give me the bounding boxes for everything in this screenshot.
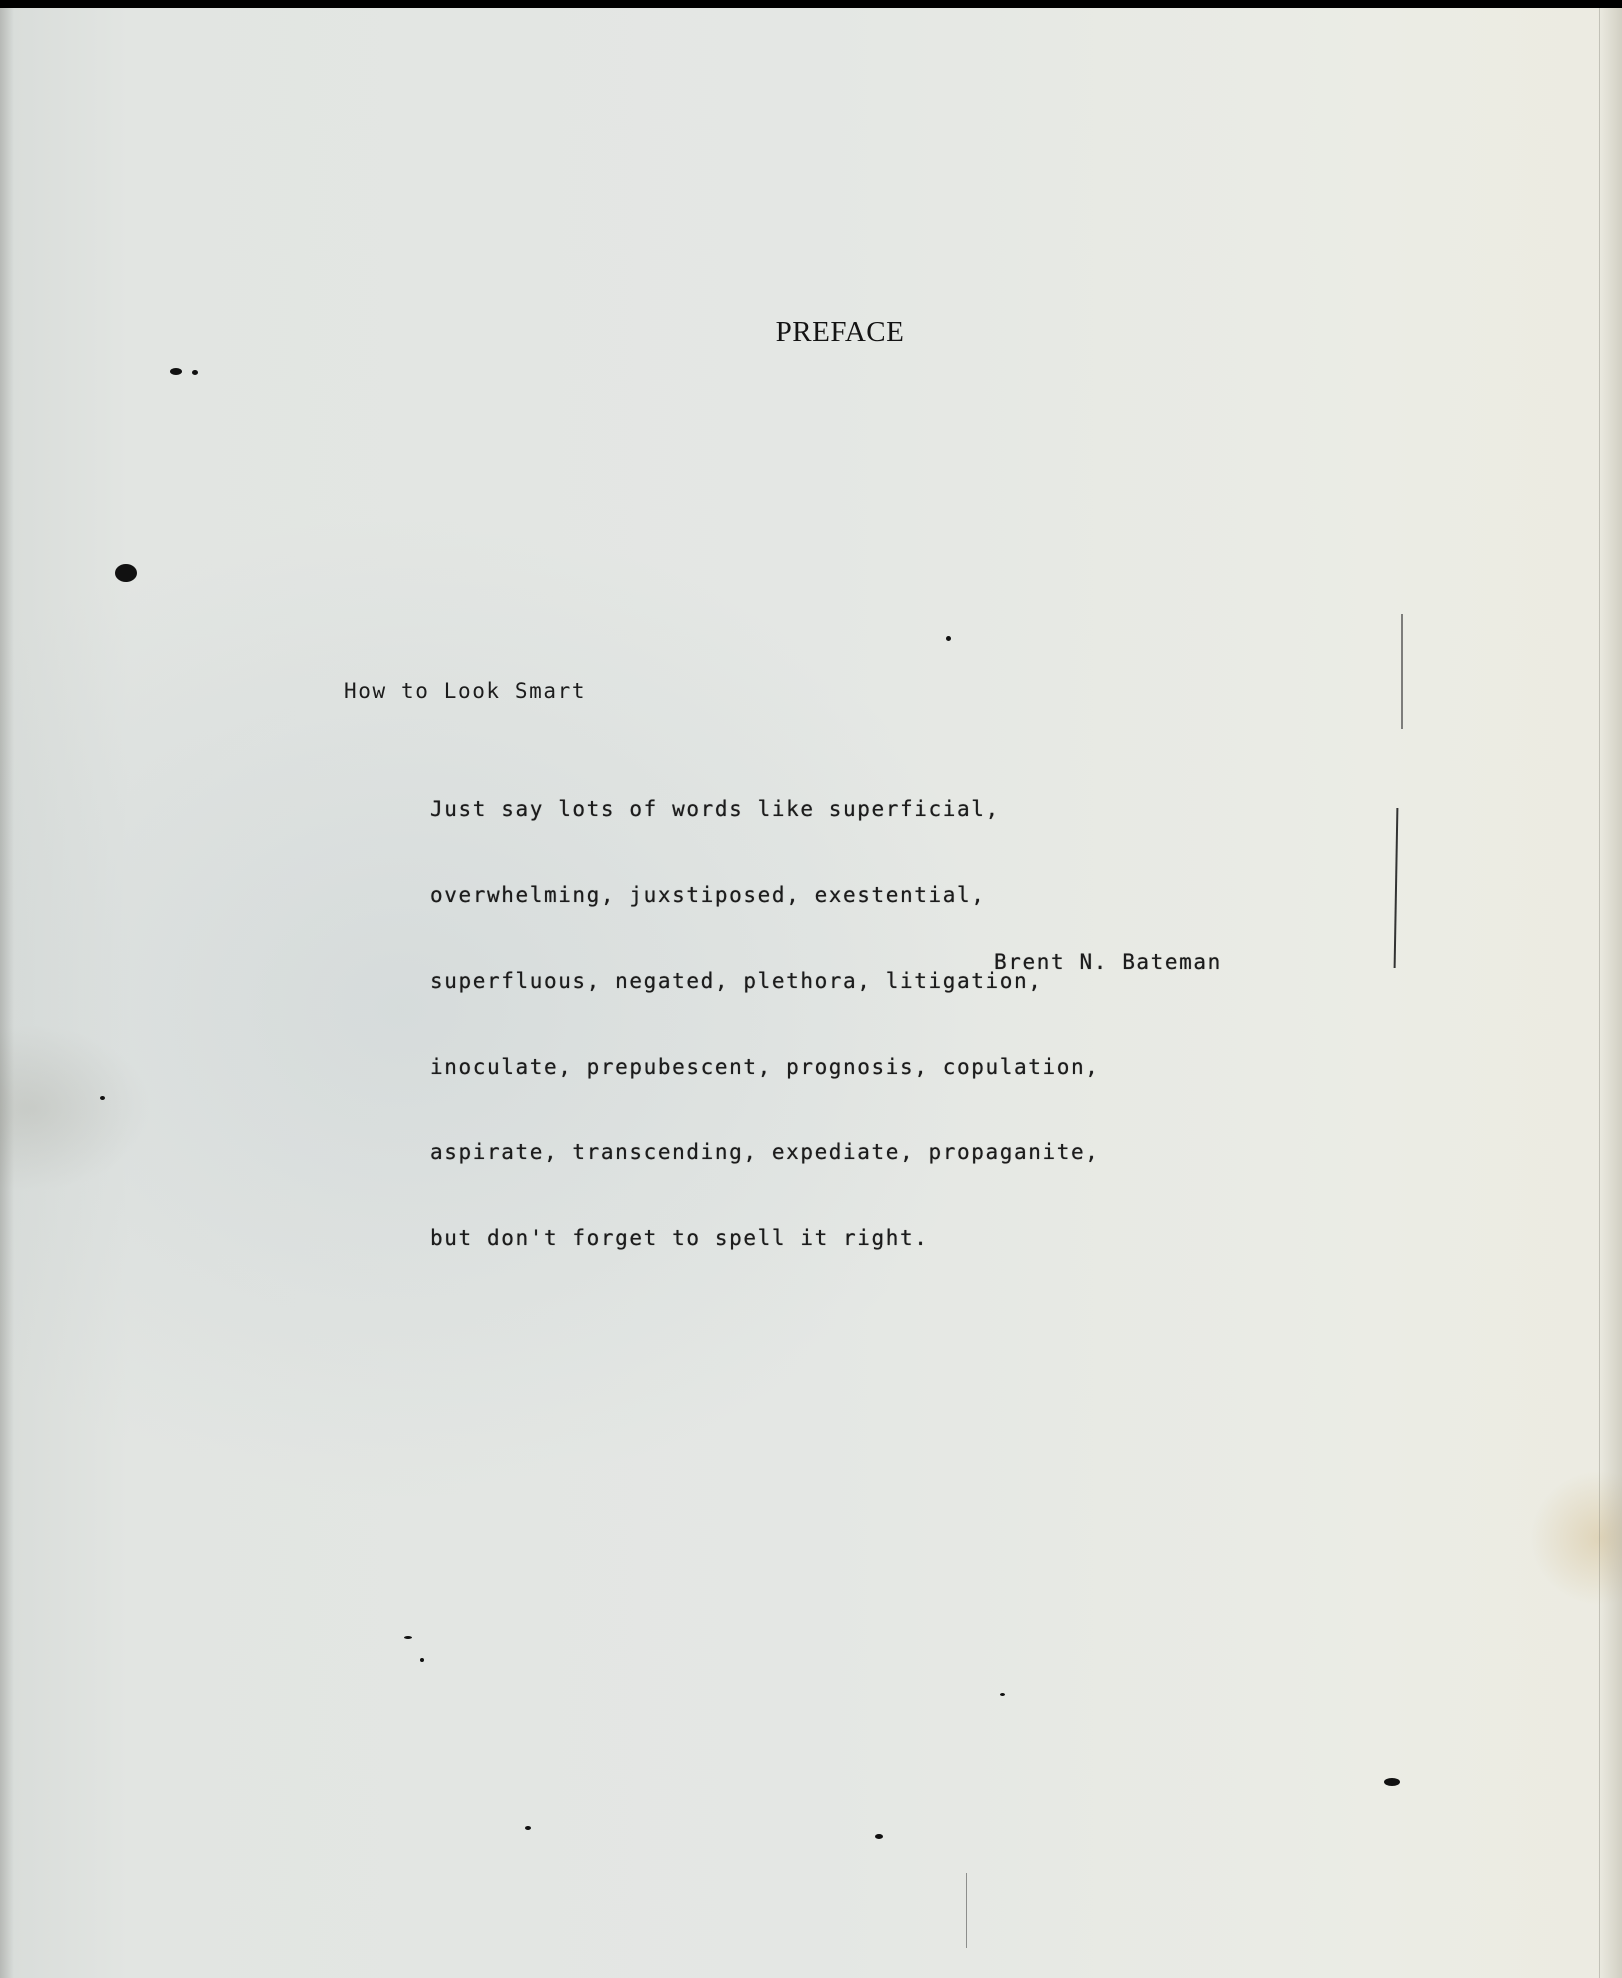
ink-speck xyxy=(404,1636,412,1639)
section-body: Just say lots of words like superficial,… xyxy=(430,738,1099,1310)
ink-speck xyxy=(875,1834,883,1839)
body-line: inoculate, prepubescent, prognosis, copu… xyxy=(430,1053,1099,1082)
page-title: PREFACE xyxy=(0,316,1622,349)
ink-speck xyxy=(1000,1693,1005,1696)
ink-speck xyxy=(192,370,198,375)
ink-speck xyxy=(946,636,951,641)
margin-mark xyxy=(1401,614,1403,729)
ink-blot xyxy=(115,564,137,582)
page-edge-shadow-left xyxy=(0,8,14,1978)
ink-speck xyxy=(100,1096,105,1100)
ink-speck xyxy=(170,368,182,375)
section-heading: How to Look Smart xyxy=(344,679,586,703)
page-edge-shadow-right xyxy=(1598,8,1622,1978)
body-line: Just say lots of words like superficial, xyxy=(430,795,1099,824)
margin-mark xyxy=(1394,808,1399,968)
page-fold-line xyxy=(1599,8,1600,1978)
author-signature: Brent N. Bateman xyxy=(994,950,1222,974)
ink-speck xyxy=(1384,1778,1400,1786)
scanned-page: PREFACE How to Look Smart Just say lots … xyxy=(0,8,1622,1978)
body-line: but don't forget to spell it right. xyxy=(430,1224,1099,1253)
body-line: aspirate, transcending, expediate, propa… xyxy=(430,1138,1099,1167)
ink-speck xyxy=(525,1826,531,1830)
body-line: overwhelming, juxstiposed, exestential, xyxy=(430,881,1099,910)
ink-speck xyxy=(420,1658,424,1662)
margin-mark xyxy=(966,1873,967,1948)
